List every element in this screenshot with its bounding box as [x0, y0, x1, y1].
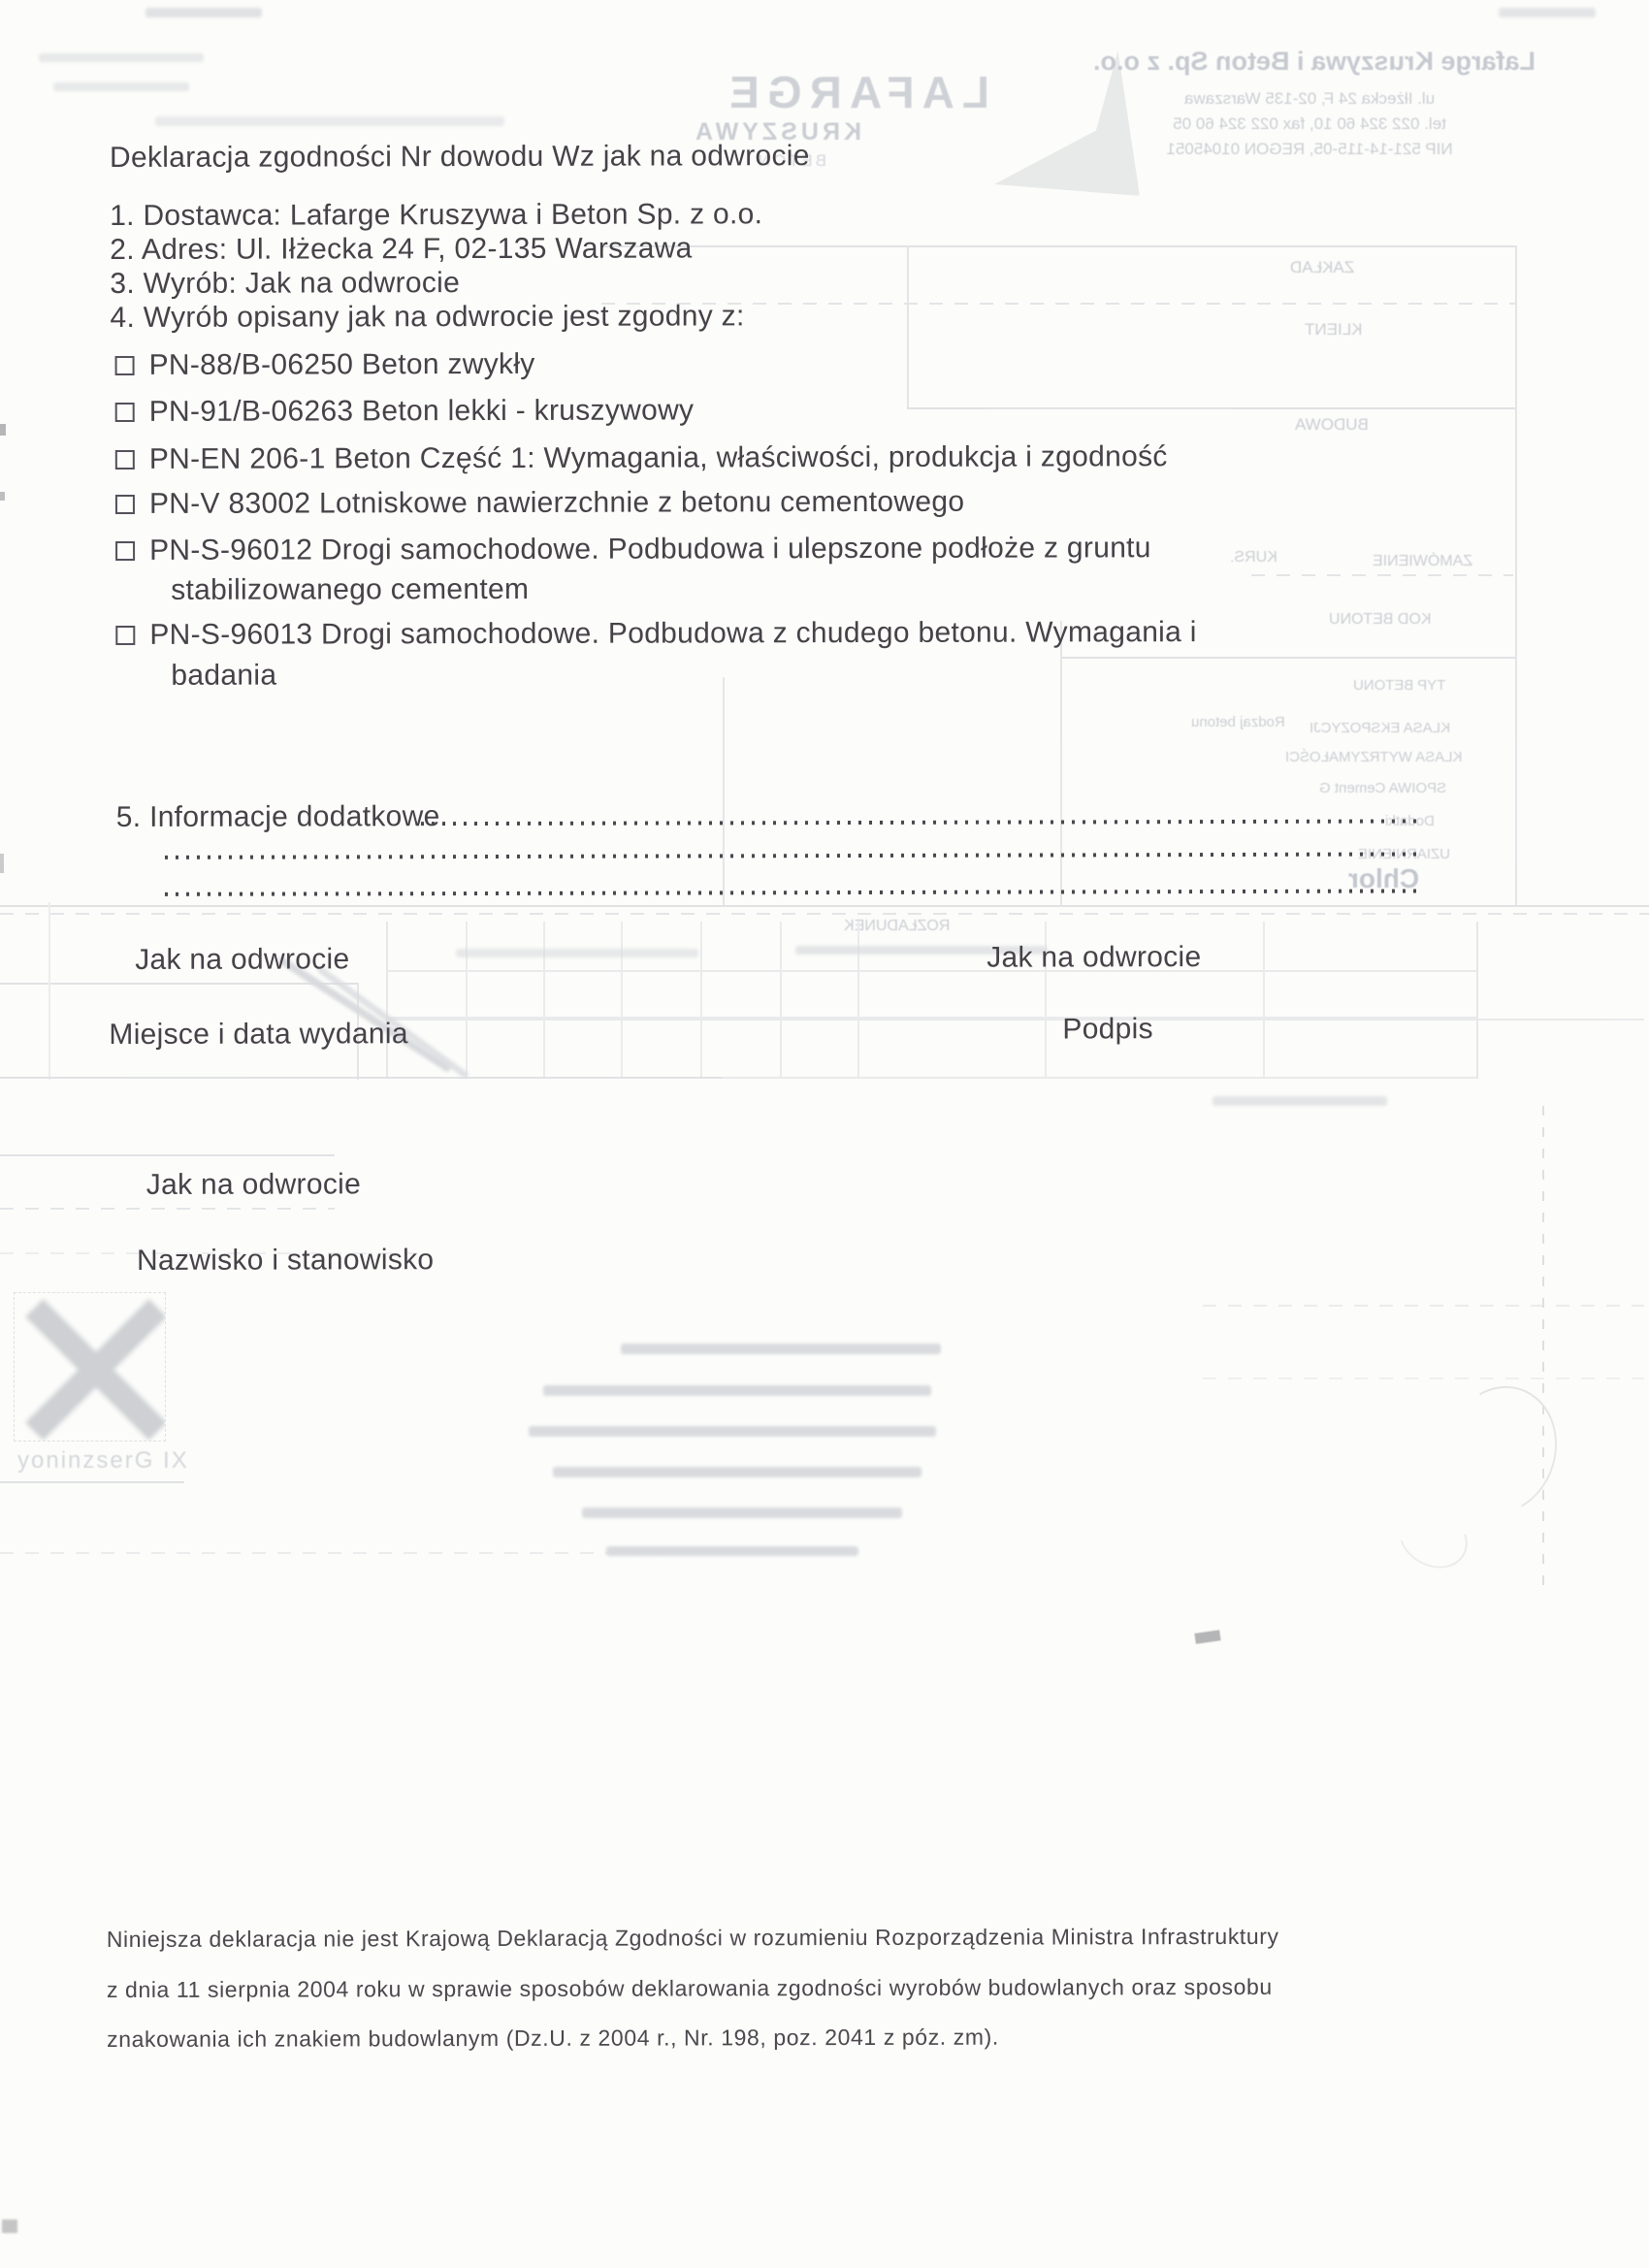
- scanned-declaration-page: LAFARGE KRUSZYWA BETON Lafarge Kruszywa …: [0, 0, 1649, 2268]
- checkbox-pn-s-96012: [115, 541, 135, 561]
- standard-row: PN-91/B-06263 Beton lekki - kruszywowy: [115, 394, 695, 429]
- signature-value: Jak na odwrocie: [986, 941, 1201, 975]
- standard-name: Beton Część 1: Wymagania, właściwości, p…: [334, 440, 1168, 474]
- dotted-line: [165, 852, 1420, 859]
- checkbox-pn-s-96013: [115, 626, 135, 645]
- page-title: Deklaracja zgodności Nr dowodu Wz jak na…: [110, 140, 810, 175]
- issue-label: Miejsce i data wydania: [109, 1018, 408, 1052]
- standard-code: PN-S-96013: [149, 618, 312, 650]
- issue-value: Jak na odwrocie: [135, 943, 349, 977]
- standard-row: PN-EN 206-1 Beton Część 1: Wymagania, wł…: [115, 440, 1168, 476]
- standard-code: PN-V 83002: [149, 487, 311, 519]
- item-wyrob: 3. Wyrób: Jak na odwrocie: [110, 267, 460, 301]
- item-dostawca: 1. Dostawca: Lafarge Kruszywa i Beton Sp…: [110, 198, 762, 233]
- standard-code: PN-S-96012: [149, 534, 312, 566]
- standard-row-continuation: stabilizowanego cementem: [171, 573, 529, 607]
- standard-row: PN-S-96013 Drogi samochodowe. Podbudowa …: [115, 616, 1197, 652]
- dotted-line: [165, 889, 1423, 895]
- standard-row: PN-V 83002 Lotniskowe nawierzchnie z bet…: [115, 486, 964, 521]
- name-label: Nazwisko i stanowisko: [137, 1244, 434, 1278]
- footer-line-2: z dnia 11 sierpnia 2004 roku w sprawie s…: [107, 1974, 1273, 2003]
- printed-content: Deklaracja zgodności Nr dowodu Wz jak na…: [0, 0, 1649, 2268]
- standard-code: PN-91/B-06263: [149, 395, 354, 428]
- standard-name: Beton lekki - kruszywowy: [362, 394, 694, 427]
- standard-code: PN-EN 206-1: [149, 442, 326, 474]
- footer-line-1: Niniejsza deklaracja nie jest Krajową De…: [107, 1924, 1279, 1953]
- standard-row: PN-88/B-06250 Beton zwykły: [115, 348, 535, 382]
- checkbox-pn-en-206-1: [115, 450, 135, 470]
- signature-label: Podpis: [1062, 1013, 1153, 1046]
- standard-name: Beton zwykły: [362, 348, 535, 380]
- checkbox-pn-v-83002: [115, 495, 135, 514]
- standard-code: PN-88/B-06250: [149, 348, 354, 381]
- item-zgodnosc: 4. Wyrób opisany jak na odwrocie jest zg…: [110, 300, 744, 335]
- additional-info-label: 5. Informacje dodatkowe: [116, 800, 440, 834]
- standard-name: Lotniskowe nawierzchnie z betonu cemento…: [319, 486, 964, 520]
- standard-name: Drogi samochodowe. Podbudowa z chudego b…: [321, 616, 1197, 650]
- standard-row-continuation: badania: [171, 660, 276, 693]
- standard-row: PN-S-96012 Drogi samochodowe. Podbudowa …: [115, 532, 1151, 567]
- standard-name: Drogi samochodowe. Podbudowa i ulepszone…: [321, 532, 1151, 566]
- name-value: Jak na odwrocie: [146, 1168, 361, 1202]
- checkbox-pn-91-b-06263: [115, 403, 135, 422]
- checkbox-pn-88-b-06250: [115, 356, 135, 375]
- dotted-line: [421, 819, 1418, 826]
- footer-line-3: znakowania ich znakiem budowlanym (Dz.U.…: [107, 2025, 999, 2053]
- item-adres: 2. Adres: Ul. Iłżecka 24 F, 02-135 Warsz…: [110, 232, 692, 267]
